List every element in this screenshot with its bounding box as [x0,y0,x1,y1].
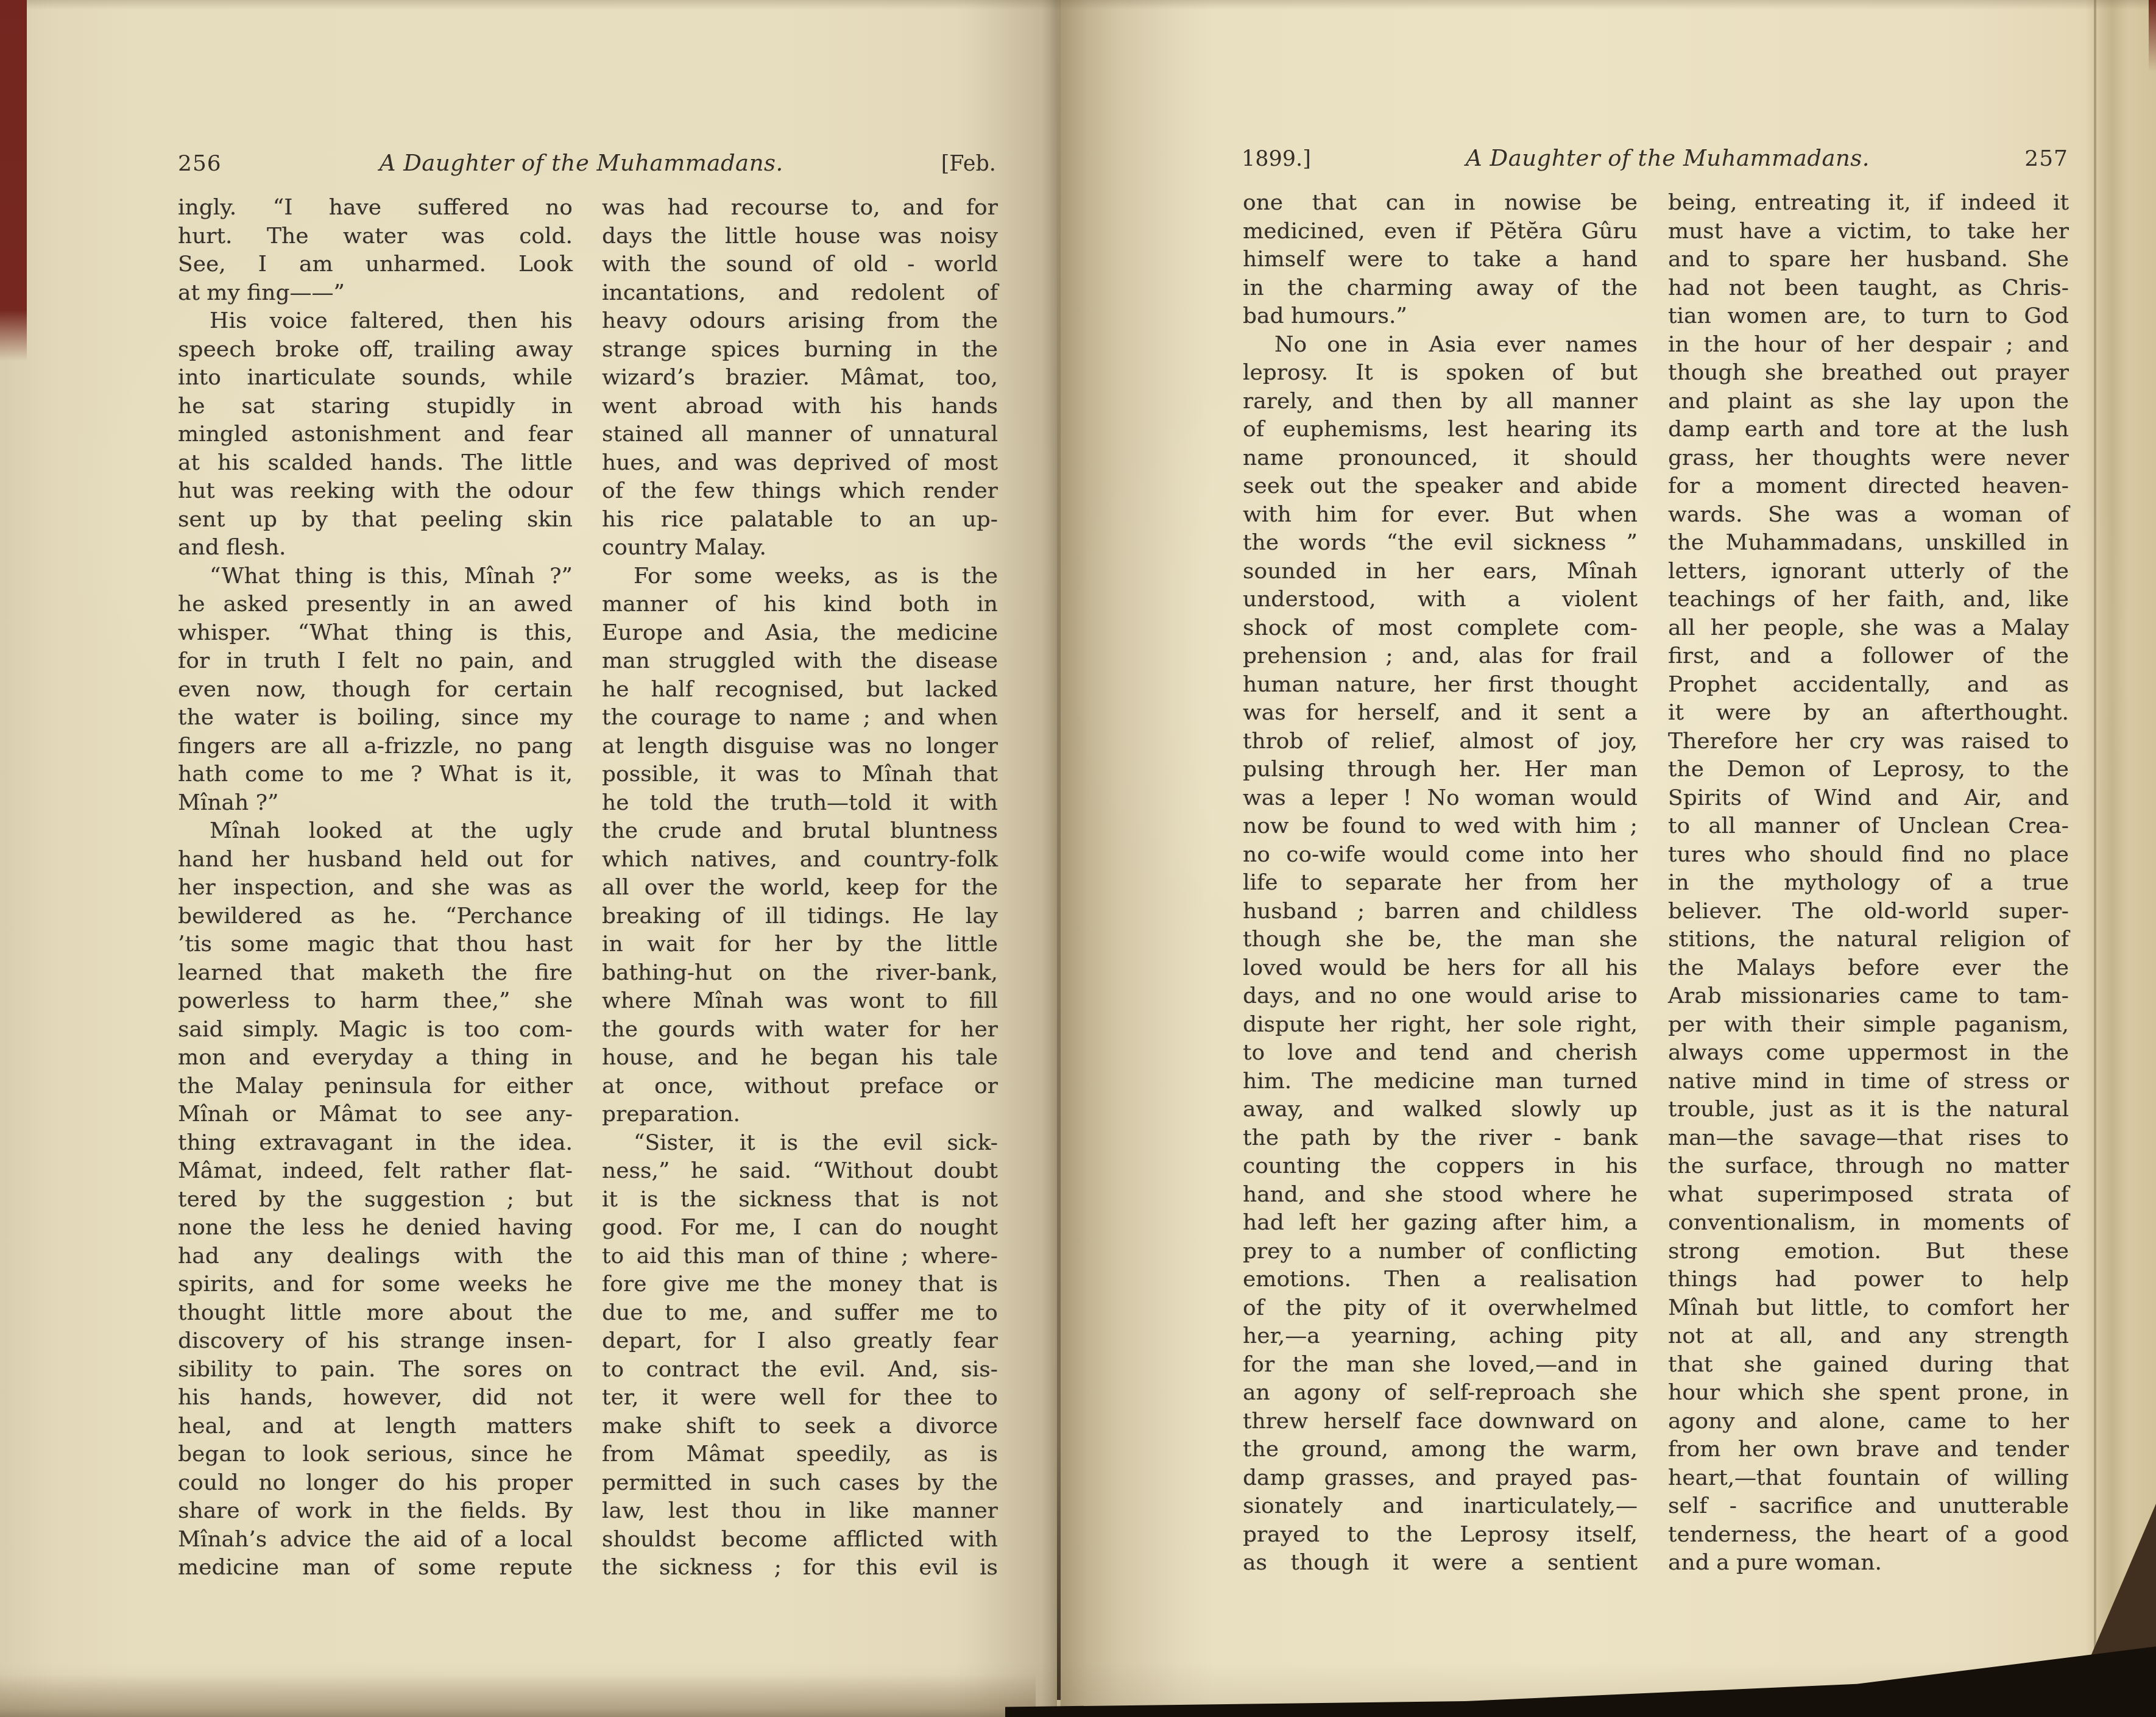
text-line: For some weeks, as is the [602,562,998,591]
text-line: native mind in time of stress or [1668,1067,2069,1096]
text-line: hand her husband held out for [178,846,573,874]
text-line: with him for ever. But when [1243,501,1638,529]
text-line: shouldst become afflicted with [602,1526,998,1554]
text-line: the water is boiling, since my [178,704,573,732]
text-line: his rice palatable to an up- [602,506,998,534]
text-line: days, and no one would arise to [1243,982,1638,1011]
text-line: threw herself face downward on [1243,1407,1638,1436]
text-line: all her people, she was a Malay [1668,614,2069,643]
text-line: “What thing is this, Mînah ?” [178,562,573,591]
page-number-right: 257 [2024,146,2068,171]
text-column-3: one that can in nowise bemedicined, even… [1243,189,1638,1577]
text-line: emotions. Then a realisation [1243,1266,1638,1294]
text-line: discovery of his strange insen- [178,1327,573,1356]
text-line: Europe and Asia, the medicine [602,619,998,648]
text-line: first, and a follower of the [1668,642,2069,671]
text-line: bad humours.” [1243,302,1638,331]
text-line: speech broke off, trailing away [178,336,573,364]
text-line: and flesh. [178,534,573,562]
text-line: days the little house was noisy [602,222,998,251]
text-line: the sickness ; for this evil is [602,1554,998,1582]
text-line: man struggled with the disease [602,647,998,676]
text-line: the surface, through no matter [1668,1152,2069,1181]
text-line: strong emotion. But these [1668,1237,2069,1266]
text-line: man—the savage—that rises to [1668,1124,2069,1153]
text-line: hand, and she stood where he [1243,1181,1638,1209]
text-line: rarely, and then by all manner [1243,388,1638,416]
text-column-2: was had recourse to, and fordays the lit… [602,194,998,1582]
text-line: house, and he began his tale [602,1044,998,1072]
text-line: in wait for her by the little [602,930,998,959]
text-line: him. The medicine man turned [1243,1067,1638,1096]
text-line: grass, her thoughts were never [1668,444,2069,473]
text-line: from Mâmat speedily, as is [602,1440,998,1469]
text-line: make shift to seek a divorce [602,1412,998,1441]
text-line: agony and alone, came to her [1668,1407,2069,1436]
text-line: permitted in such cases by the [602,1469,998,1498]
text-line: to love and tend and cherish [1243,1039,1638,1067]
text-line: now be found to wed with him ; [1243,812,1638,841]
text-line: in the charming away of the [1243,274,1638,303]
text-line: and to spare her husband. She [1668,246,2069,274]
text-line: medicined, even if Pĕtĕra Gûru [1243,218,1638,246]
text-line: sounded in her ears, Mînah [1243,558,1638,586]
text-line: the gourds with water for her [602,1016,998,1044]
text-line: from her own brave and tender [1668,1436,2069,1464]
text-line: none the less he denied having [178,1214,573,1242]
text-line: whisper. “What thing is this, [178,619,573,648]
text-line: with the sound of old - world [602,250,998,279]
text-line: per with their simple paganism, [1668,1011,2069,1039]
text-line: at length disguise was no longer [602,732,998,761]
text-line: to aid this man of thine ; where- [602,1242,998,1271]
gutter-crease [1057,0,1061,1700]
text-line: for a moment directed heaven- [1668,472,2069,501]
text-line: thought little more about the [178,1299,573,1328]
text-line: sionately and inarticulately,— [1243,1492,1638,1521]
text-line: depart, for I also greatly fear [602,1327,998,1356]
text-line: the courage to name ; and when [602,704,998,732]
text-line: tered by the suggestion ; but [178,1186,573,1214]
text-line: shock of most complete com- [1243,614,1638,643]
page-number-left: 256 [178,151,222,176]
book-spread-photo: 256 A Daughter of the Muhammadans. [Feb.… [0,0,2156,1717]
text-line: which natives, and country-folk [602,846,998,874]
text-line: his hands, however, did not [178,1384,573,1412]
text-line: letters, ignorant utterly of the [1668,558,2069,586]
text-line: was for herself, and it sent a [1243,699,1638,728]
text-line: law, lest thou in like manner [602,1497,998,1526]
text-line: share of work in the fields. By [178,1497,573,1526]
text-line: to contract the evil. And, sis- [602,1356,998,1384]
text-line: breaking of ill tidings. He lay [602,902,998,931]
text-line: preparation. [602,1100,998,1129]
text-line: wizard’s brazier. Mâmat, too, [602,364,998,392]
text-line: the words “the evil sickness ” [1243,529,1638,558]
text-line: the path by the river - bank [1243,1124,1638,1153]
text-line: country Malay. [602,534,998,562]
text-line: throb of relief, almost of joy, [1243,728,1638,756]
text-line: hath come to me ? What is it, [178,760,573,789]
text-line: heart,—that fountain of willing [1668,1464,2069,1493]
text-line: the Malay peninsula for either [178,1072,573,1101]
text-line: being, entreating it, if indeed it [1668,189,2069,218]
issue-date: [Feb. [941,152,996,176]
text-line: trouble, just as it is the natural [1668,1096,2069,1124]
text-line: ’tis some magic that thou hast [178,930,573,959]
text-line: to all manner of Unclean Crea- [1668,812,2069,841]
text-line: of the pity of it overwhelmed [1243,1294,1638,1323]
text-column-4: being, entreating it, if indeed itmust h… [1668,189,2069,1577]
text-line: stitions, the natural religion of [1668,926,2069,954]
gutter-shadow-right [1061,0,1213,1717]
text-line: sent up by that peeling skin [178,506,573,534]
text-line: could no longer do his proper [178,1469,573,1498]
text-line: for the man she loved,—and in [1243,1351,1638,1379]
text-line: believer. The old-world super- [1668,897,2069,926]
text-line: had not been taught, as Chris- [1668,274,2069,303]
text-line: one that can in nowise be [1243,189,1638,218]
text-line: even now, though for certain [178,676,573,704]
text-line: hour which she spent prone, in [1668,1379,2069,1407]
text-line: her inspection, and she was as [178,874,573,902]
text-line: into inarticulate sounds, while [178,364,573,392]
text-line: prehension ; and, alas for frail [1243,642,1638,671]
text-line: thing extravagant in the idea. [178,1129,573,1158]
text-line: Prophet accidentally, and as [1668,671,2069,699]
text-line: incantations, and redolent of [602,279,998,308]
text-line: the Malays before ever the [1668,954,2069,983]
text-line: medicine man of some repute [178,1554,573,1582]
text-line: powerless to harm thee,” she [178,987,573,1016]
text-line: prey to a number of conflicting [1243,1237,1638,1266]
text-line: self - sacrifice and unutterable [1668,1492,2069,1521]
text-line: fore give me the money that is [602,1270,998,1299]
text-line: away, and walked slowly up [1243,1096,1638,1124]
text-line: manner of his kind both in [602,590,998,619]
text-line: at once, without preface or [602,1072,998,1101]
text-line: Mînah or Mâmat to see any- [178,1100,573,1129]
text-line: “Sister, it is the evil sick- [602,1129,998,1158]
text-line: Mînah ?” [178,789,573,818]
text-line: human nature, her first thought [1243,671,1638,699]
running-header-left: 256 A Daughter of the Muhammadans. [Feb. [178,150,996,176]
text-line: His voice faltered, then his [178,307,573,336]
text-line: tures who should find no place [1668,841,2069,869]
text-line: due to me, and suffer me to [602,1299,998,1328]
text-line: stained all manner of unnatural [602,420,998,449]
text-line: ter, it were well for thee to [602,1384,998,1412]
page-bottom-shadow [0,1674,1036,1717]
text-line: her,—a yearning, aching pity [1243,1322,1638,1351]
text-line: ingly. “I have suffered no [178,194,573,222]
text-line: things had power to help [1668,1266,2069,1294]
text-line: possible, it was to Mînah that [602,760,998,789]
text-line: in the hour of her despair ; and [1668,331,2069,359]
text-line: he sat staring stupidly in [178,392,573,421]
text-line: leprosy. It is spoken of but [1243,359,1638,388]
text-line: tenderness, the heart of a good [1668,1521,2069,1549]
fore-edge-line [2094,0,2096,1717]
text-line: it is the sickness that is not [602,1186,998,1214]
text-line: Therefore her cry was raised to [1668,728,2069,756]
text-line: ness,” he said. “Without doubt [602,1157,998,1186]
text-line: at my fing——” [178,279,573,308]
text-line: at his scalded hands. The little [178,449,573,478]
text-line: of euphemisms, lest hearing its [1243,416,1638,444]
text-line: that she gained during that [1668,1351,2069,1379]
text-line: name pronounced, it should [1243,444,1638,473]
text-line: Mînah looked at the ugly [178,817,573,846]
text-line: dispute her right, her sole right, [1243,1011,1638,1039]
text-line: had left her gazing after him, a [1243,1209,1638,1237]
text-line: began to look serious, since he [178,1440,573,1469]
text-line: tian women are, to turn to God [1668,302,2069,331]
text-line: went abroad with his hands [602,392,998,421]
text-line: in the mythology of a true [1668,869,2069,897]
text-line: fingers are all a-frizzle, no pang [178,732,573,761]
text-line: for in truth I felt no pain, and [178,647,573,676]
text-line: heavy odours arising from the [602,307,998,336]
text-line: must have a victim, to take her [1668,218,2069,246]
text-line: not at all, and any strength [1668,1322,2069,1351]
text-line: seek out the speaker and abide [1243,472,1638,501]
text-line: damp grasses, and prayed pas- [1243,1464,1638,1493]
text-line: spirits, and for some weeks he [178,1270,573,1299]
text-line: wards. She was a woman of [1668,501,2069,529]
text-line: Arab missionaries came to tam- [1668,982,2069,1011]
text-line: learned that maketh the fire [178,959,573,988]
text-line: had any dealings with the [178,1242,573,1271]
text-line: where Mînah was wont to fill [602,987,998,1016]
text-line: Mînah but little, to comfort her [1668,1294,2069,1323]
text-line: teachings of her faith, and, like [1668,586,2069,614]
text-line: the crude and brutal bluntness [602,817,998,846]
text-line: of the few things which render [602,477,998,506]
cover-edge-right [2149,0,2156,72]
text-line: it were by an afterthought. [1668,699,2069,728]
text-line: though she breathed out prayer [1668,359,2069,388]
text-line: the Muhammadans, unskilled in [1668,529,2069,558]
text-line: prayed to the Leprosy itself, [1243,1521,1638,1549]
text-line: no co-wife would come into her [1243,841,1638,869]
text-line: and a pure woman. [1668,1549,2069,1577]
text-line: conventionalism, in moments of [1668,1209,2069,1237]
text-line: Mâmat, indeed, felt rather flat- [178,1157,573,1186]
running-title-left: A Daughter of the Muhammadans. [380,150,783,176]
running-title-right: A Daughter of the Muhammadans. [1466,145,1870,171]
text-line: See, I am unharmed. Look [178,250,573,279]
text-line: an agony of self-reproach she [1243,1379,1638,1407]
text-line: counting the coppers in his [1243,1152,1638,1181]
text-line: good. For me, I can do nought [602,1214,998,1242]
text-line: the Demon of Leprosy, to the [1668,756,2069,784]
issue-year: 1899.] [1242,147,1311,171]
text-line: was had recourse to, and for [602,194,998,222]
text-line: always come uppermost in the [1668,1039,2069,1067]
text-line: life to separate her from her [1243,869,1638,897]
text-line: husband ; barren and childless [1243,897,1638,926]
text-line: he told the truth—told it with [602,789,998,818]
text-line: understood, with a violent [1243,586,1638,614]
text-line: Mînah’s advice the aid of a local [178,1526,573,1554]
text-line: loved would be hers for all his [1243,954,1638,983]
text-column-1: ingly. “I have suffered nohurt. The wate… [178,194,573,1582]
text-line: hues, and was deprived of most [602,449,998,478]
text-line: the ground, among the warm, [1243,1436,1638,1464]
text-line: damp earth and tore at the lush [1668,416,2069,444]
text-line: all over the world, keep for the [602,874,998,902]
text-line: himself were to take a hand [1243,246,1638,274]
text-line: Spirits of Wind and Air, and [1668,784,2069,813]
text-line: was a leper ! No woman would [1243,784,1638,813]
text-line: pulsing through her. Her man [1243,756,1638,784]
text-line: bewildered as he. “Perchance [178,902,573,931]
text-line: mon and everyday a thing in [178,1044,573,1072]
cover-edge-left [0,0,27,361]
text-line: he asked presently in an awed [178,590,573,619]
running-header-right: 1899.] A Daughter of the Muhammadans. 25… [1242,145,2068,171]
text-line: bathing-hut on the river-bank, [602,959,998,988]
text-line: though she be, the man she [1243,926,1638,954]
text-line: said simply. Magic is too com- [178,1016,573,1044]
text-line: heal, and at length matters [178,1412,573,1441]
text-line: sibility to pain. The sores on [178,1356,573,1384]
text-line: what superimposed strata of [1668,1181,2069,1209]
text-line: strange spices burning in the [602,336,998,364]
text-line: he half recognised, but lacked [602,676,998,704]
text-line: hut was reeking with the odour [178,477,573,506]
text-line: No one in Asia ever names [1243,331,1638,359]
text-line: and plaint as she lay upon the [1668,388,2069,416]
text-line: as though it were a sentient [1243,1549,1638,1577]
text-line: hurt. The water was cold. [178,222,573,251]
text-line: mingled astonishment and fear [178,420,573,449]
